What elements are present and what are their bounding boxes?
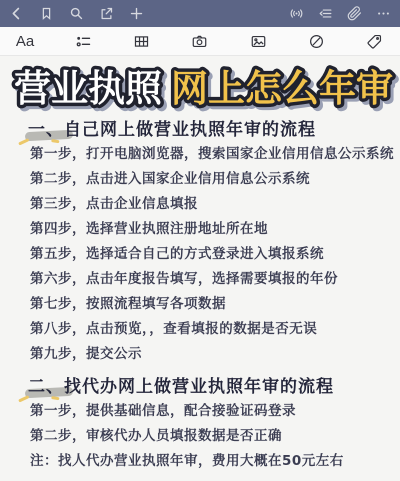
search-icon [69, 6, 84, 21]
more-button[interactable] [373, 3, 394, 24]
share-icon [99, 6, 114, 21]
add-icon [129, 6, 144, 21]
section-1-step-8: 第八步，点击预览，，查看填报的数据是否无误 [30, 317, 400, 342]
table-icon [133, 33, 150, 50]
footnote: 注：找人代办营业执照年审，费用大概在50元左右 [30, 449, 400, 474]
back-icon [9, 6, 24, 21]
section-1-step-6: 第六步，点击年度报告填写，选择需要填报的年份 [30, 267, 400, 292]
share-button[interactable] [96, 3, 117, 24]
top-navigation-bar [0, 0, 400, 27]
image-button[interactable] [243, 29, 273, 53]
add-button[interactable] [126, 3, 147, 24]
checklist-icon [75, 33, 92, 50]
format-toolbar: Aa [0, 27, 400, 56]
section-2-step-2: 第二步，审核代办人员填报数据是否正确 [30, 424, 400, 449]
section-2-step-1: 第一步，提供基础信息，配合接验证码登录 [30, 399, 400, 424]
attachment-icon [347, 6, 362, 21]
top-bar-right-group [278, 3, 394, 24]
section-2-heading-text: 二、找代办网上做营业执照年审的流程 [28, 377, 334, 397]
back-button[interactable] [6, 3, 27, 24]
tag-icon [366, 33, 383, 50]
outline-button[interactable] [315, 3, 336, 24]
section-1-step-7: 第七步，按照流程填写各项数据 [30, 292, 400, 317]
title-part-white: 营业执照 [14, 67, 163, 110]
checklist-button[interactable] [68, 29, 98, 53]
broadcast-icon [289, 6, 304, 21]
text-style-button[interactable]: Aa [10, 29, 40, 53]
tag-button[interactable] [360, 29, 390, 53]
outline-icon [318, 6, 333, 21]
broadcast-button[interactable] [286, 3, 307, 24]
section-2-heading: 二、找代办网上做营业执照年审的流程 [28, 375, 400, 399]
section-1-heading-text: 一、自己网上做营业执照年审的流程 [28, 120, 316, 140]
attachment-button[interactable] [344, 3, 365, 24]
title-main-layer: 营业执照网上怎么年审 [14, 67, 393, 110]
section-1-step-2: 第二步，点击进入国家企业信用信息公示系统 [30, 167, 400, 192]
bookmark-button[interactable] [36, 3, 57, 24]
section-1-step-5: 第五步，选择适合自己的方式登录进入填报系统 [30, 242, 400, 267]
title-part-yellow: 网上怎么年审 [171, 67, 393, 110]
note-editor[interactable]: 营业执照网上怎么年审 营业执照网上怎么年审 一、自己网上做营业执照年审的流程 第… [0, 56, 400, 474]
top-bar-left-group [6, 3, 156, 24]
camera-icon [191, 33, 208, 50]
section-1-step-4: 第四步，选择营业执照注册地址所在地 [30, 217, 400, 242]
doodle-icon [308, 33, 325, 50]
doodle-button[interactable] [302, 29, 332, 53]
section-1-step-3: 第三步，点击企业信息填报 [30, 192, 400, 217]
section-1-heading: 一、自己网上做营业执照年审的流程 [28, 118, 400, 142]
note-title: 营业执照网上怎么年审 营业执照网上怎么年审 [0, 62, 400, 114]
text-style-label: Aa [16, 33, 34, 50]
table-button[interactable] [127, 29, 157, 53]
section-1-step-1: 第一步，打开电脑浏览器，搜索国家企业信用信息公示系统 [30, 142, 400, 167]
camera-button[interactable] [185, 29, 215, 53]
search-button[interactable] [66, 3, 87, 24]
bookmark-icon [39, 6, 54, 21]
section-1-step-9: 第九步，提交公示 [30, 342, 400, 367]
image-icon [250, 33, 267, 50]
more-icon [376, 6, 391, 21]
